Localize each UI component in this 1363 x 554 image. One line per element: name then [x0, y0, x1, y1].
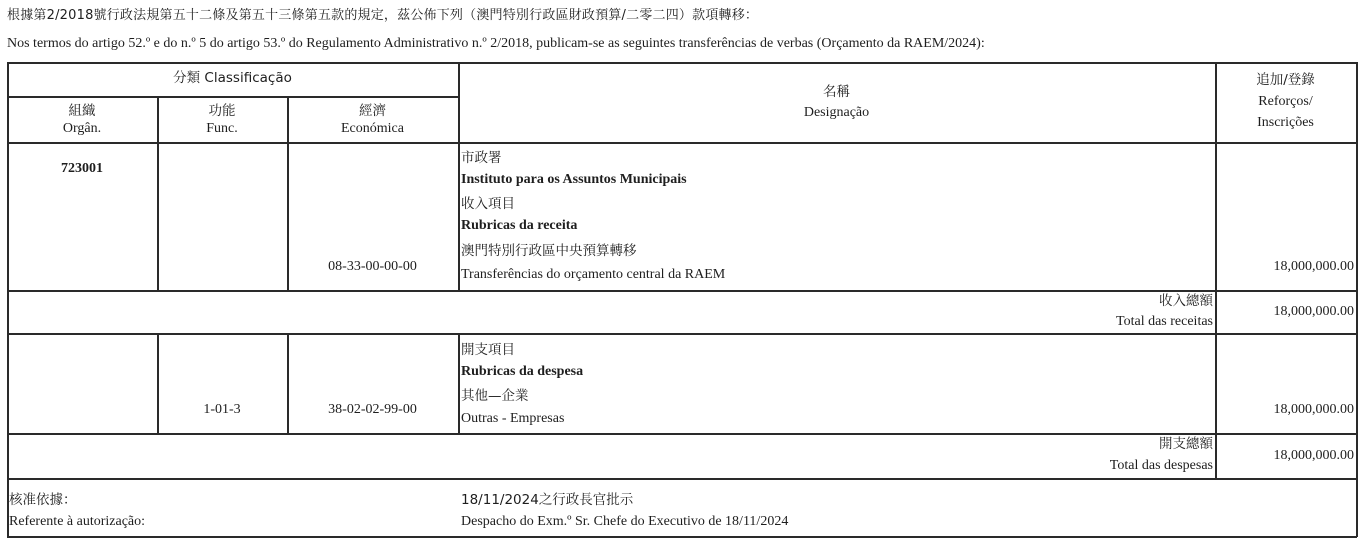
amount-header-zh: 追加/登錄 — [1215, 72, 1356, 89]
amount-header-pt2: Inscrições — [1215, 114, 1356, 131]
designation-header-zh: 名稱 — [458, 84, 1215, 101]
col-divider-func-2 — [287, 333, 289, 433]
revenue-total-label-zh: 收入總額 — [900, 293, 1213, 310]
revenue-item-pt: Transferências do orçamento central da R… — [461, 266, 725, 283]
authorization-value-pt: Despacho do Exm.º Sr. Chefe do Executivo… — [461, 513, 788, 530]
designation-header-pt: Designação — [458, 104, 1215, 121]
entity-name-pt: Instituto para os Assuntos Municipais — [461, 171, 687, 188]
revenue-section-pt: Rubricas da receita — [461, 217, 577, 234]
expense-item-pt: Outras - Empresas — [461, 410, 564, 427]
entity-name-zh: 市政署 — [461, 150, 502, 167]
col-divider-organ-2 — [157, 333, 159, 433]
intro-portuguese: Nos termos do artigo 52.º e do n.º 5 do … — [7, 36, 985, 52]
expense-total-border — [7, 478, 1357, 480]
authorization-label-zh: 核准依據： — [9, 492, 77, 509]
expense-function-code: 1-01-3 — [157, 401, 287, 418]
expense-total-label-pt: Total das despesas — [900, 457, 1213, 474]
revenue-organ-code: 723001 — [7, 160, 157, 177]
organ-header-pt: Orgân. — [7, 120, 157, 137]
revenue-item-zh: 澳門特別行政區中央預算轉移 — [461, 243, 637, 260]
econ-header-zh: 經濟 — [287, 103, 458, 120]
revenue-total-label-pt: Total das receitas — [900, 313, 1213, 330]
table-border-top — [7, 62, 1357, 64]
expense-total-amount: 18,000,000.00 — [1215, 447, 1354, 464]
revenue-economic-code: 08-33-00-00-00 — [287, 258, 458, 275]
revenue-item-amount: 18,000,000.00 — [1215, 258, 1354, 275]
amount-header-pt1: Reforços/ — [1215, 93, 1356, 110]
intro-chinese: 根據第2/2018號行政法規第五十二條及第五十三條第五款的規定，茲公佈下列（澳門… — [7, 4, 758, 23]
expense-row-border — [7, 433, 1357, 435]
expense-section-zh: 開支項目 — [461, 342, 515, 359]
classification-divider — [7, 96, 458, 98]
authorization-label-pt: Referente à autorização: — [9, 513, 145, 530]
func-header-pt: Func. — [157, 120, 287, 137]
table-border-bottom — [7, 536, 1357, 538]
econ-header-pt: Económica — [287, 120, 458, 137]
func-header-zh: 功能 — [157, 103, 287, 120]
expense-item-amount: 18,000,000.00 — [1215, 401, 1354, 418]
authorization-value-zh: 18/11/2024之行政長官批示 — [461, 492, 633, 509]
header-bottom-border — [7, 142, 1357, 144]
expense-total-label-zh: 開支總額 — [900, 436, 1213, 453]
revenue-total-border — [7, 333, 1357, 335]
table-border-right — [1356, 62, 1358, 537]
revenue-total-amount: 18,000,000.00 — [1215, 303, 1354, 320]
col-divider-econ-2 — [458, 333, 460, 433]
expense-section-pt: Rubricas da despesa — [461, 363, 583, 380]
organ-header-zh: 組織 — [7, 103, 157, 120]
revenue-row-border — [7, 290, 1357, 292]
revenue-section-zh: 收入項目 — [461, 196, 515, 213]
expense-item-zh: 其他—企業 — [461, 388, 529, 405]
classification-header: 分類 Classificação — [7, 70, 458, 87]
expense-economic-code: 38-02-02-99-00 — [287, 401, 458, 418]
